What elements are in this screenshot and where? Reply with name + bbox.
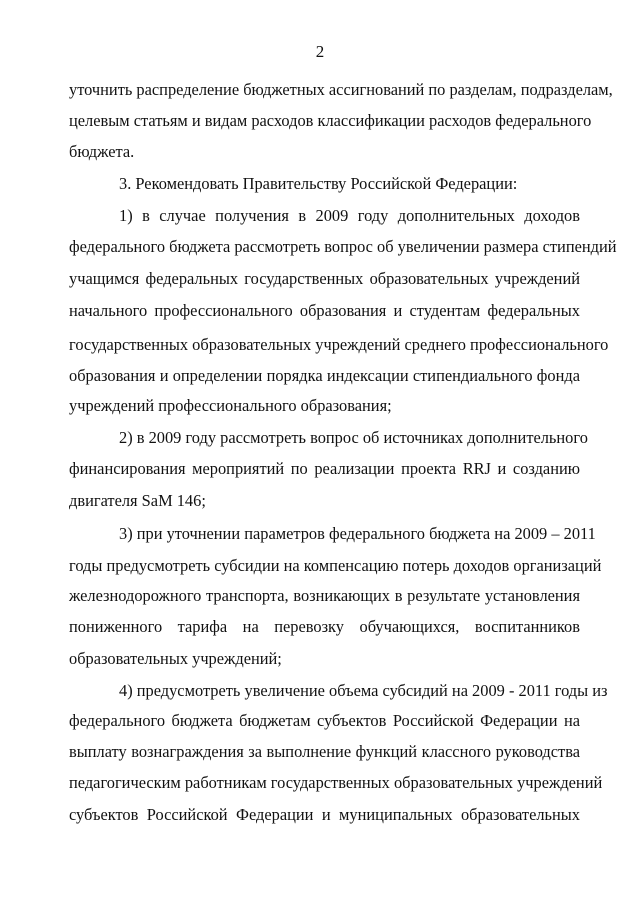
page-number: 2 [0, 42, 640, 62]
text-line: 1) в случае получения в 2009 году дополн… [119, 206, 580, 226]
text-line: бюджета. [69, 142, 580, 162]
text-line: образования и определении порядка индекс… [69, 366, 580, 386]
text-line: субъектов Российской Федерации и муницип… [69, 805, 580, 825]
text-line: финансирования мероприятий по реализации… [69, 459, 580, 479]
text-line: выплату вознаграждения за выполнение фун… [69, 742, 580, 762]
text-line: учащимся федеральных государственных обр… [69, 269, 580, 289]
document-page: 2 уточнить распределение бюджетных ассиг… [0, 0, 640, 900]
text-line: целевым статьям и видам расходов классиф… [69, 111, 580, 131]
text-line: образовательных учреждений; [69, 649, 580, 669]
text-line: федерального бюджета бюджетам субъектов … [69, 711, 580, 731]
text-line: 3. Рекомендовать Правительству Российско… [119, 174, 580, 194]
text-line: двигателя SaM 146; [69, 491, 580, 511]
text-line: уточнить распределение бюджетных ассигно… [69, 80, 580, 100]
text-line: 2) в 2009 году рассмотреть вопрос об ист… [119, 428, 580, 448]
text-line: 3) при уточнении параметров федерального… [119, 524, 580, 544]
text-line: годы предусмотреть субсидии на компенсац… [69, 556, 580, 576]
text-line: пониженного тарифа на перевозку обучающи… [69, 617, 580, 637]
text-line: железнодорожного транспорта, возникающих… [69, 586, 580, 606]
text-line: государственных образовательных учрежден… [69, 335, 580, 355]
text-line: федерального бюджета рассмотреть вопрос … [69, 237, 580, 257]
text-line: 4) предусмотреть увеличение объема субси… [119, 681, 580, 701]
text-line: педагогическим работникам государственны… [69, 773, 580, 793]
text-line: учреждений профессионального образования… [69, 396, 580, 416]
text-line: начального профессионального образования… [69, 301, 580, 321]
